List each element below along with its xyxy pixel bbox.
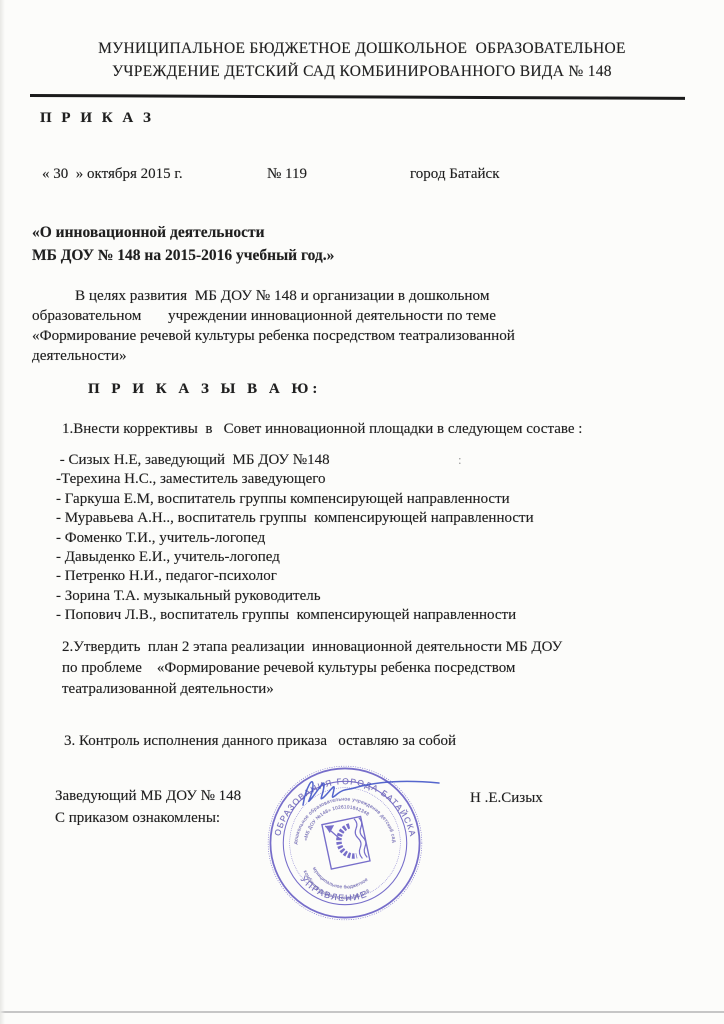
doc-city: город Батайск: [410, 166, 499, 183]
scan-page-edge-bottom: [0, 1011, 724, 1013]
order-item-3: 3. Контроль исполнения данного приказа о…: [64, 733, 456, 750]
council-member: - Давыденко Е.И., учитель-логопед: [56, 548, 534, 567]
org-name: МУНИЦИПАЛЬНОЕ БЮДЖЕТНОЕ ДОШКОЛЬНОЕ ОБРАЗ…: [0, 37, 724, 83]
org-name-line1: МУНИЦИПАЛЬНОЕ БЮДЖЕТНОЕ ДОШКОЛЬНОЕ ОБРАЗ…: [0, 37, 724, 60]
council-member: - Муравьева А.Н.., воспитатель группы ко…: [56, 509, 534, 528]
intro-line: образовательном учреждении инновационной…: [32, 306, 515, 326]
order-item-2-line: театрализованной деятельности»: [62, 679, 562, 700]
order-word: П Р И К А З Ы В А Ю:: [88, 381, 321, 398]
order-item-2-line: 2.Утвердить план 2 этапа реализации инно…: [62, 637, 562, 658]
signature-stroke: [303, 781, 439, 805]
order-item-2: 2.Утвердить план 2 этапа реализации инно…: [62, 637, 562, 700]
signatory-position: Заведующий МБ ДОУ № 148: [55, 788, 241, 805]
document-page: МУНИЦИПАЛЬНОЕ БЮДЖЕТНОЕ ДОШКОЛЬНОЕ ОБРАЗ…: [0, 0, 724, 1024]
doc-date: « 30 » октября 2015 г.: [42, 166, 183, 183]
doc-number: № 119: [267, 166, 307, 183]
doc-type-title: П Р И К А З: [40, 110, 154, 127]
header-divider: [30, 94, 685, 100]
doc-subject: «О инновационной деятельности МБ ДОУ № 1…: [32, 221, 334, 267]
intro-line: «Формирование речевой культуры ребенка п…: [32, 326, 515, 346]
order-item-1: 1.Внести коррективы в Совет инновационно…: [62, 421, 582, 438]
stamp-coat-of-arms: [322, 816, 370, 869]
acknowledgement-line: С приказом ознакомлены:: [55, 810, 220, 827]
emblem-horseshoe: [336, 826, 357, 859]
intro-paragraph: В целях развития МБ ДОУ № 148 и организа…: [32, 286, 515, 366]
handwritten-signature: [296, 769, 446, 814]
org-name-line2: УЧРЕЖДЕНИЕ ДЕТСКИЙ САД КОМБИНИРОВАННОГО …: [0, 60, 724, 83]
subject-line2: МБ ДОУ № 148 на 2015-2016 учебный год.»: [32, 244, 334, 267]
council-member: - Попович Л.В., воспитатель группы компе…: [56, 606, 534, 625]
emblem-pennant-flag: [325, 824, 335, 834]
council-member-list: - Сизых Н.Е, заведующий МБ ДОУ №148 -Тер…: [56, 451, 534, 626]
intro-line: В целях развития МБ ДОУ № 148 и организа…: [32, 286, 515, 306]
council-member: - Фоменко Т.И., учитель-логопед: [56, 529, 534, 548]
emblem-shield-outline: [322, 816, 370, 869]
subject-line1: «О инновационной деятельности: [32, 221, 334, 244]
intro-line: деятельности»: [32, 346, 515, 366]
council-member: - Зорина Т.А. музыкальный руководитель: [56, 587, 534, 606]
scan-page-edge-left: [0, 0, 5, 1024]
council-member: - Сизых Н.Е, заведующий МБ ДОУ №148: [56, 451, 534, 470]
council-member: - Петренко Н.И., педагог-психолог: [56, 567, 534, 586]
council-member: - Гаркуша Е.М, воспитатель группы компен…: [56, 490, 534, 509]
order-item-2-line: по проблеме «Формирование речевой культу…: [62, 658, 562, 679]
council-member: -Терехина Н.С., заместитель заведующего: [56, 470, 534, 489]
signatory-name: Н .Е.Сизых: [470, 790, 543, 807]
